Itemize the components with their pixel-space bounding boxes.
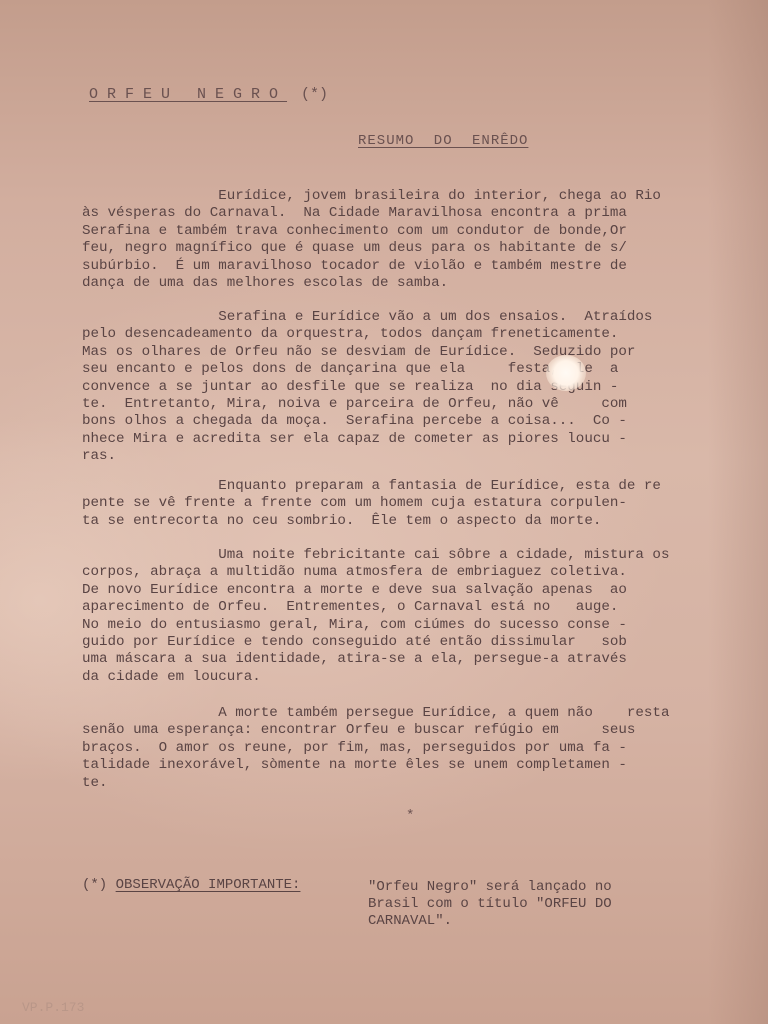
footnote-text: "Orfeu Negro" será lançado no Brasil com… (368, 879, 612, 930)
footnote-heading: OBSERVAÇÃO IMPORTANTE: (116, 877, 301, 893)
title-text: ORFEU NEGRO (89, 86, 287, 103)
paragraph-3: Enquanto preparam a fantasia de Eurídice… (82, 478, 742, 530)
document-title: ORFEU NEGRO (*) (89, 86, 328, 103)
section-separator: * (406, 808, 414, 824)
paragraph-4: Uma noite febricitante cai sôbre a cidad… (82, 547, 742, 686)
paragraph-1: Eurídice, jovem brasileira do interior, … (82, 188, 742, 292)
archive-stamp: VP.P.173 (22, 1000, 84, 1015)
footnote-label: (*) OBSERVAÇÃO IMPORTANTE: (82, 877, 300, 893)
light-glare (546, 355, 586, 391)
paragraph-5: A morte também persegue Eurídice, a quem… (82, 705, 742, 792)
paragraph-2: Serafina e Eurídice vão a um dos ensaios… (82, 309, 742, 466)
document-subtitle: RESUMO DO ENRÊDO (358, 133, 528, 149)
footnote-marker: (*) (82, 877, 107, 893)
title-footnote-marker: (*) (301, 86, 328, 103)
